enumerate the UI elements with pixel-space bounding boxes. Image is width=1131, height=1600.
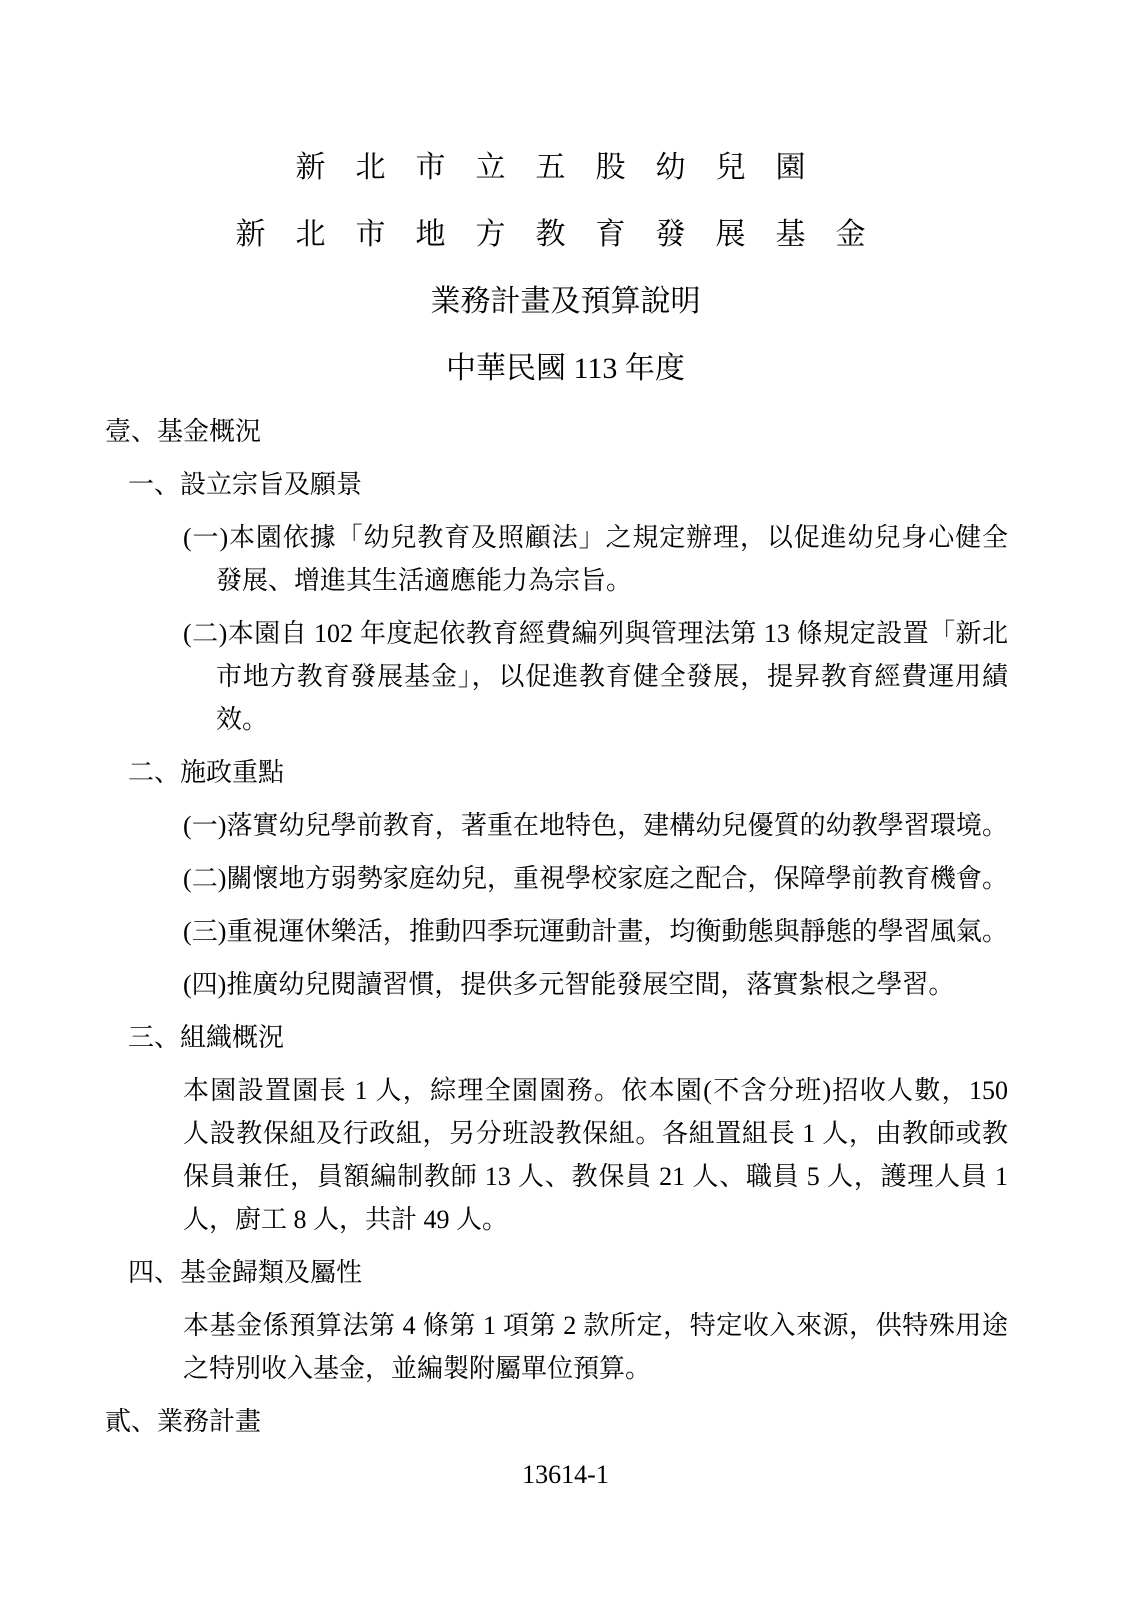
doc-line: 發展、增進其生活適應能力為宗旨。 — [216, 559, 1008, 602]
block-h1: 貳、業務計畫 — [0, 1400, 1131, 1443]
doc-line: 本基金係預算法第 4 條第 1 項第 2 款所定，特定收入來源，供特殊用途 — [183, 1304, 1008, 1347]
block-item: (二)本園自 102 年度起依教育經費編列與管理法第 13 條規定設置「新北市地… — [0, 612, 1131, 741]
block-item: (一)落實幼兒學前教育，著重在地特色，建構幼兒優質的幼教學習環境。 — [0, 804, 1131, 847]
doc-line: 二、施政重點 — [128, 751, 1008, 794]
doc-line: 人設教保組及行政組，另分班設教保組。各組置組長 1 人，由教師或教 — [183, 1112, 1008, 1155]
doc-line: (二)關懷地方弱勢家庭幼兒，重視學校家庭之配合，保障學前教育機會。 — [183, 857, 1008, 900]
doc-line: (二)本園自 102 年度起依教育經費編列與管理法第 13 條規定設置「新北 — [183, 612, 1008, 655]
document-page: 新北市立五股幼兒園 新北市地方教育發展基金 業務計畫及預算說明 中華民國 113… — [0, 0, 1131, 1600]
block-h1: 壹、基金概況 — [0, 410, 1131, 453]
doc-line: 三、組織概況 — [128, 1016, 1008, 1059]
doc-line: (一)落實幼兒學前教育，著重在地特色，建構幼兒優質的幼教學習環境。 — [183, 804, 1008, 847]
block-item: (三)重視運休樂活，推動四季玩運動計畫，均衡動態與靜態的學習風氣。 — [0, 910, 1131, 953]
block-h2: 一、設立宗旨及願景 — [0, 463, 1131, 506]
doc-line: 之特別收入基金，並編製附屬單位預算。 — [183, 1347, 1008, 1390]
doc-line: (一)本園依據「幼兒教育及照顧法」之規定辦理，以促進幼兒身心健全 — [183, 516, 1008, 559]
document-subtitle: 業務計畫及預算說明 — [0, 280, 1131, 323]
block-h2: 三、組織概況 — [0, 1016, 1131, 1059]
block-h2: 二、施政重點 — [0, 751, 1131, 794]
doc-line: 本園設置園長 1 人，綜理全園園務。依本園(不含分班)招收人數，150 — [183, 1069, 1008, 1112]
document-body: 壹、基金概況一、設立宗旨及願景(一)本園依據「幼兒教育及照顧法」之規定辦理，以促… — [0, 410, 1131, 1443]
document-title-line2: 新北市地方教育發展基金 — [0, 213, 1131, 256]
doc-line: 一、設立宗旨及願景 — [128, 463, 1008, 506]
doc-line: (三)重視運休樂活，推動四季玩運動計畫，均衡動態與靜態的學習風氣。 — [183, 910, 1008, 953]
block-para: 本園設置園長 1 人，綜理全園園務。依本園(不含分班)招收人數，150人設教保組… — [0, 1069, 1131, 1241]
doc-line: 保員兼任，員額編制教師 13 人、教保員 21 人、職員 5 人，護理人員 1 — [183, 1155, 1008, 1198]
block-item: (二)關懷地方弱勢家庭幼兒，重視學校家庭之配合，保障學前教育機會。 — [0, 857, 1131, 900]
block-item: (一)本園依據「幼兒教育及照顧法」之規定辦理，以促進幼兒身心健全發展、增進其生活… — [0, 516, 1131, 602]
doc-line: 效。 — [216, 698, 1008, 741]
doc-line: 人，廚工 8 人，共計 49 人。 — [183, 1198, 1008, 1241]
doc-line: 貳、業務計畫 — [105, 1400, 1008, 1443]
block-item: (四)推廣幼兒閱讀習慣，提供多元智能發展空間，落實紮根之學習。 — [0, 963, 1131, 1006]
block-para: 本基金係預算法第 4 條第 1 項第 2 款所定，特定收入來源，供特殊用途之特別… — [0, 1304, 1131, 1390]
block-h2: 四、基金歸類及屬性 — [0, 1251, 1131, 1294]
doc-line: 市地方教育發展基金」，以促進教育健全發展，提昇教育經費運用績 — [216, 655, 1008, 698]
doc-line: 壹、基金概況 — [105, 410, 1008, 453]
document-era-year: 中華民國 113 年度 — [0, 347, 1131, 390]
document-title-line1: 新北市立五股幼兒園 — [0, 146, 1131, 189]
doc-line: (四)推廣幼兒閱讀習慣，提供多元智能發展空間，落實紮根之學習。 — [183, 963, 1008, 1006]
doc-line: 四、基金歸類及屬性 — [128, 1251, 1008, 1294]
page-number: 13614-1 — [0, 1453, 1131, 1496]
